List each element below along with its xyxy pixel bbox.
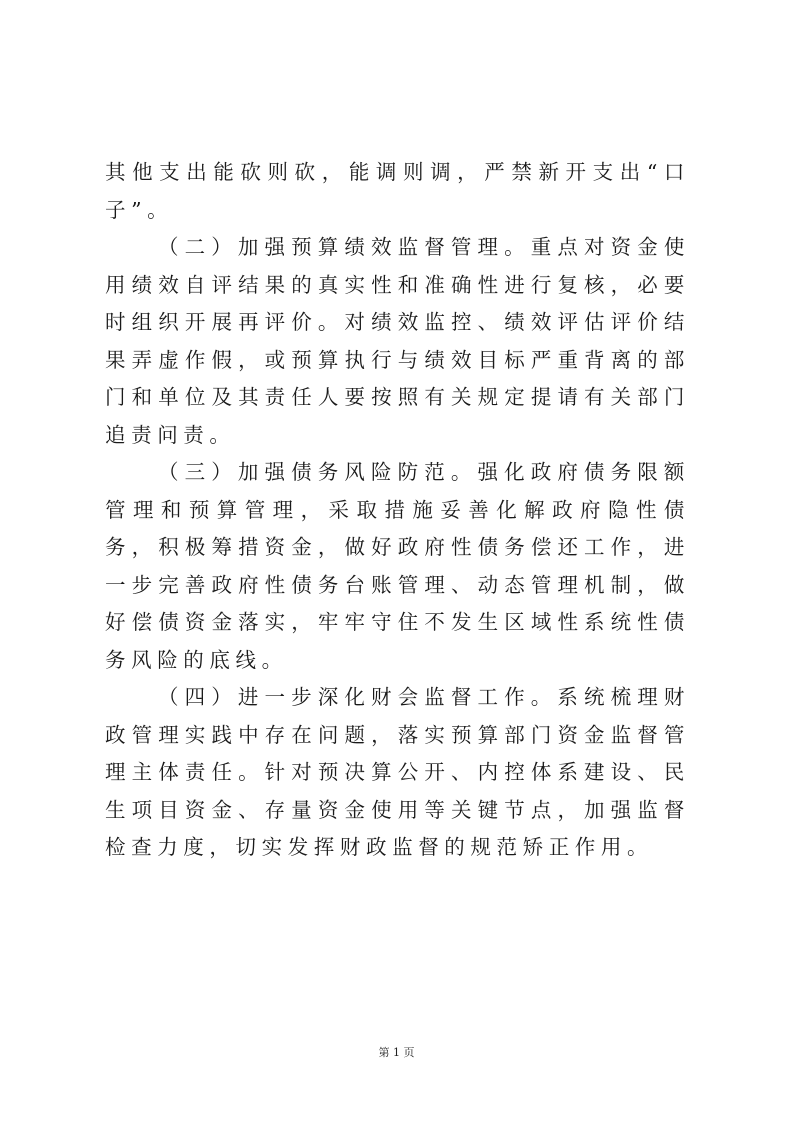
paragraph-section-4: （四）进一步深化财会监督工作。系统梳理财政管理实践中存在问题，落实预算部门资金监… bbox=[105, 679, 690, 867]
paragraph-section-3: （三）加强债务风险防范。强化政府债务限额管理和预算管理，采取措施妥善化解政府隐性… bbox=[105, 454, 690, 679]
document-body: 其他支出能砍则砍，能调则调，严禁新开支出“口子”。 （二）加强预算绩效监督管理。… bbox=[105, 154, 690, 867]
page-number: 第 1 页 bbox=[0, 1044, 793, 1060]
paragraph-section-2: （二）加强预算绩效监督管理。重点对资金使用绩效自评结果的真实性和准确性进行复核，… bbox=[105, 229, 690, 454]
paragraph-continuation: 其他支出能砍则砍，能调则调，严禁新开支出“口子”。 bbox=[105, 154, 690, 229]
document-page: 其他支出能砍则砍，能调则调，严禁新开支出“口子”。 （二）加强预算绩效监督管理。… bbox=[0, 0, 793, 1122]
